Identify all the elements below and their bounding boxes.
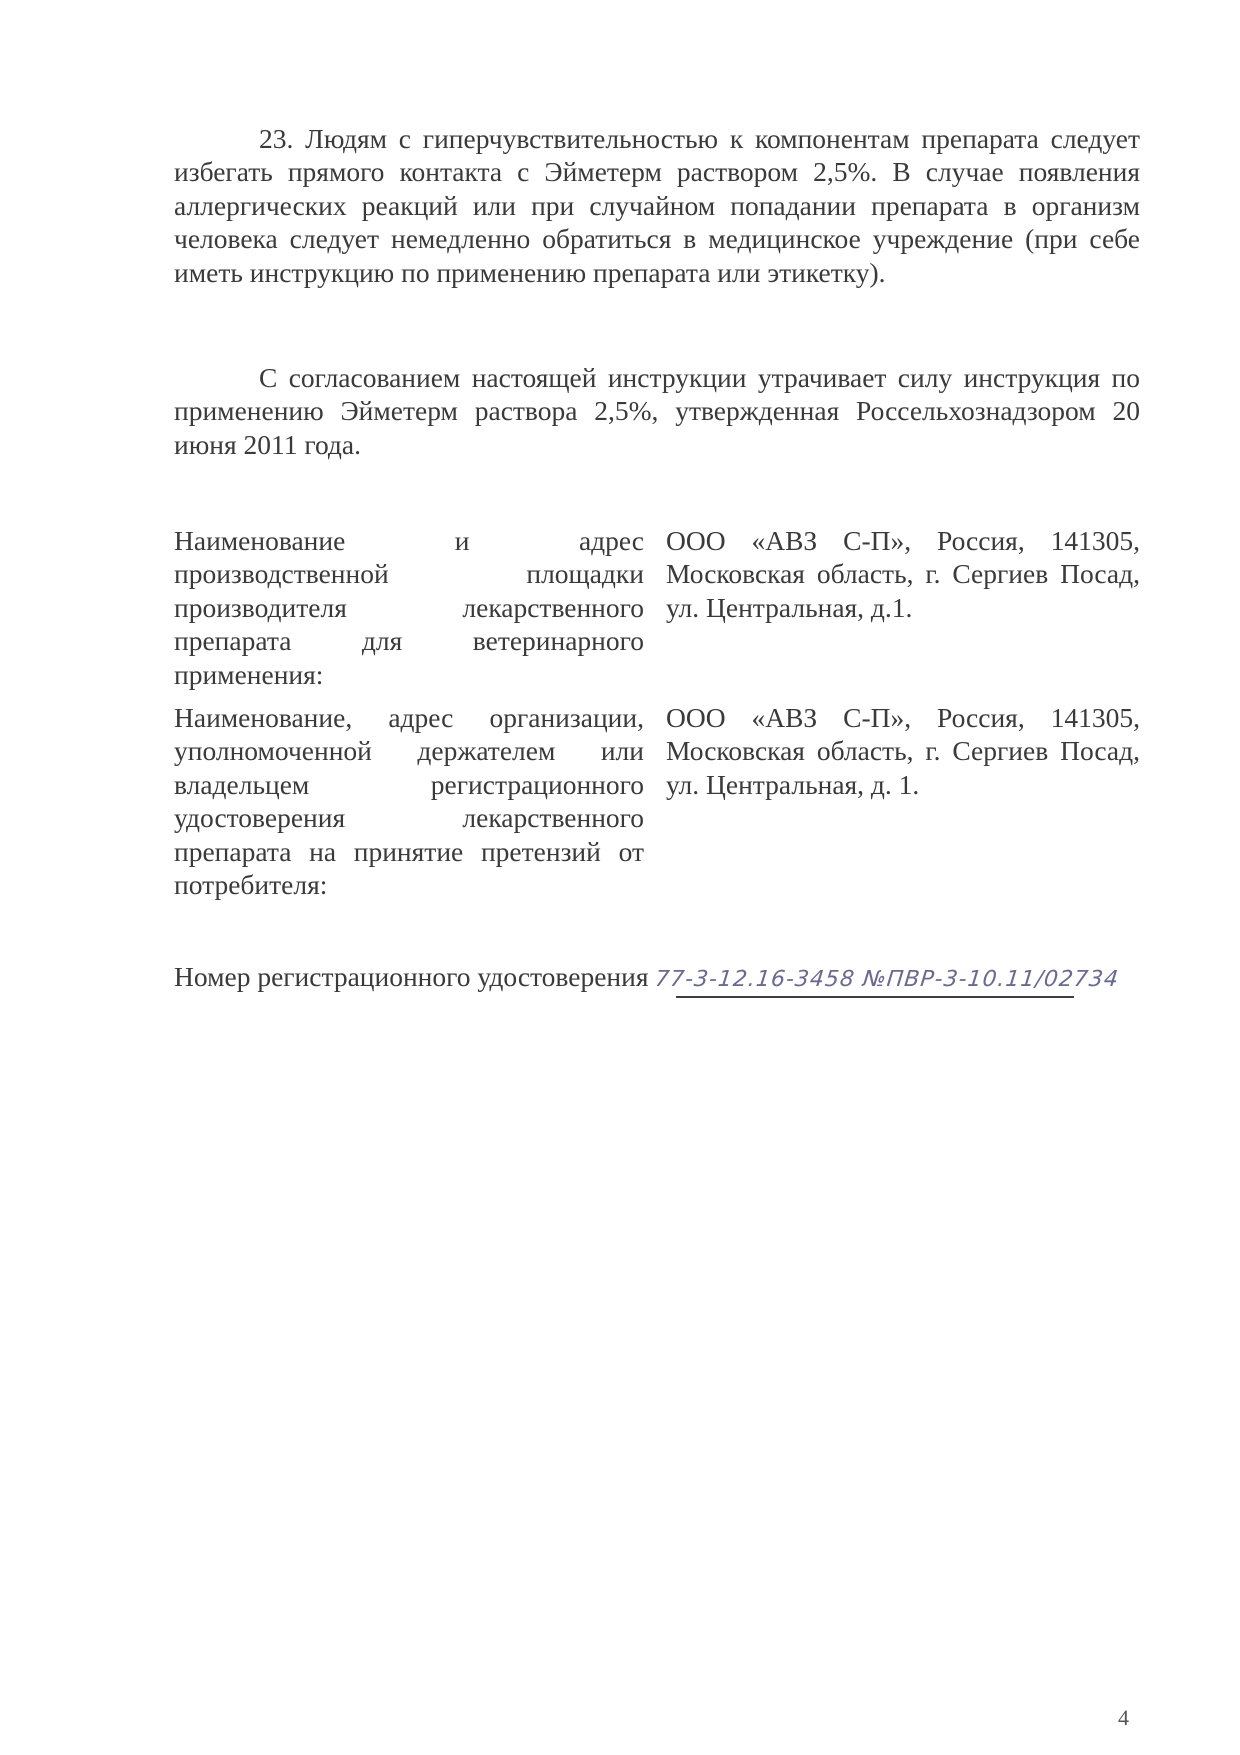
page-number: 4 [1118, 1705, 1129, 1731]
manufacturer-site-label: Наименование и адрес производственной пл… [174, 524, 644, 691]
document-page: 23. Людям с гиперчувствительностью к ком… [0, 0, 1240, 1755]
manufacturer-site-row: Наименование и адрес производственной пл… [174, 524, 1140, 691]
paragraph-23-text: 23. Людям с гиперчувствительностью к ком… [174, 123, 1140, 288]
registration-label: Номер регистрационного удостоверения [174, 961, 649, 992]
paragraph-supersede: С согласованием настоящей инструкции утр… [174, 361, 1140, 461]
registration-handwritten-number: 77-3-12.16-3458 №ПВР-3-10.11/02734 [653, 963, 1121, 999]
registration-number-line: Номер регистрационного удостоверения 77-… [174, 960, 1174, 999]
paragraph-supersede-text: С согласованием настоящей инструкции утр… [174, 362, 1140, 460]
manufacturer-site-value: ООО «АВЗ С-П», Россия, 141305, Московска… [666, 524, 1140, 691]
claims-organization-row: Наименование, адрес организации, уполном… [174, 701, 1140, 901]
claims-organization-value: ООО «АВЗ С-П», Россия, 141305, Московска… [666, 701, 1140, 901]
claims-organization-label: Наименование, адрес организации, уполном… [174, 701, 644, 901]
paragraph-23: 23. Людям с гиперчувствительностью к ком… [174, 122, 1140, 289]
registration-underline [676, 996, 1074, 998]
